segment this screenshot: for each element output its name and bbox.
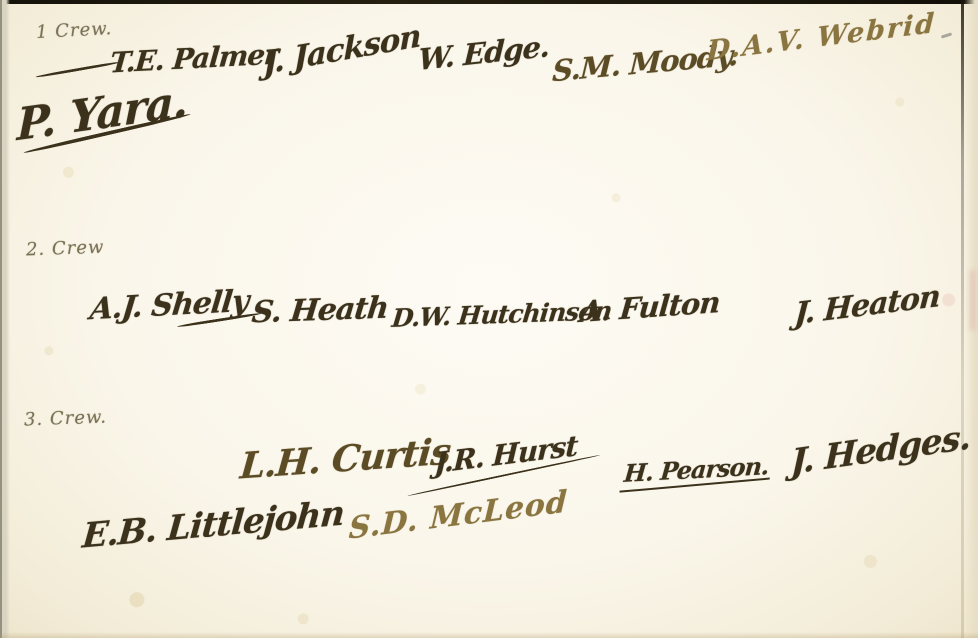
signature-dav-webrid: D.A.V. Webrid [706,8,937,68]
signature-aj-shelly: A.J. Shelly [88,284,250,328]
signature-a-fulton: A. Fulton [579,285,721,329]
signature-p-yara: P. Yara. [16,76,187,152]
card-top-edge [0,0,978,4]
card-left-edge [0,0,10,638]
card-bottom-edge [0,632,978,638]
signature-j-heaton: J. Heaton [793,279,941,332]
signature-card: 1 Crew. T.E. Palmer J. Jackson W. Edge. … [0,0,978,638]
signature-h-pearson: H. Pearson. [623,451,770,488]
card-right-edge-line [961,0,964,638]
group-label-crew-3: 3. Crew. [24,407,108,431]
paper-stain [969,270,976,330]
signature-s-heath: S. Heath [250,291,390,331]
signature-eb-littlejohn: E.B. Littlejohn [81,493,346,556]
signature-w-edge: W. Edge. [417,29,550,77]
group-label-crew-2: 2. Crew [26,237,105,261]
signature-te-palmer: T.E. Palmer [109,38,280,80]
signature-j-jackson: J. Jackson [263,18,420,82]
pencil-mark [941,32,952,38]
signature-j-hedges: J. Hedges. [790,417,971,483]
signature-lh-curtis: L.H. Curtis [238,430,451,487]
signature-jr-hurst: J.R. Hurst [434,429,579,480]
signature-sd-mcleod: S.D. McLeod [348,484,569,546]
group-label-crew-1: 1 Crew. [36,18,113,43]
